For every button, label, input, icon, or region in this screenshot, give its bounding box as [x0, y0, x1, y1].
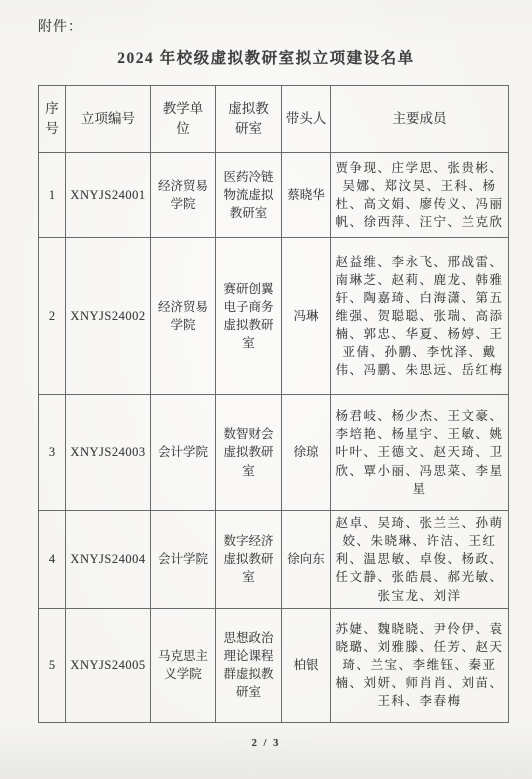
header-cell-code: 立项编号	[66, 86, 151, 153]
cell-members: 苏婕、魏晓晓、尹伶伊、袁晓璐、刘雅滕、任芳、赵天琦、兰宝、李维钰、秦亚楠、刘妍、…	[331, 608, 509, 722]
page-number: 2 / 3	[0, 738, 532, 749]
cell-no: 4	[39, 511, 66, 609]
cell-unit: 经济贸易学院	[151, 153, 216, 238]
cell-unit: 马克思主义学院	[151, 608, 216, 722]
table-row: 3XNYJS24003会计学院数智财会虚拟教研室徐琼杨君岐、杨少杰、王文豪、李培…	[39, 395, 509, 511]
cell-no: 2	[39, 238, 66, 395]
cell-code: XNYJS24004	[66, 511, 151, 609]
cell-leader: 徐向东	[282, 511, 331, 609]
cell-code: XNYJS24003	[66, 395, 151, 511]
cell-code: XNYJS24001	[66, 153, 151, 238]
cell-members: 赵卓、吴琦、张兰兰、孙萌姣、朱晓琳、许洁、王红利、温思敏、卓俊、杨政、任文静、张…	[331, 511, 509, 609]
table-row: 5XNYJS24005马克思主义学院思想政治理论课程群虚拟教研室柏银苏婕、魏晓晓…	[39, 608, 509, 722]
header-cell-unit: 教学单位	[151, 86, 216, 153]
cell-members: 贾争现、庄学思、张贵彬、吴娜、郑汶昊、王科、杨杜、高文娟、廖传义、冯丽帆、徐西萍…	[331, 153, 509, 238]
header-cell-room: 虚拟教研室	[216, 86, 282, 153]
cell-code: XNYJS24005	[66, 608, 151, 722]
cell-no: 3	[39, 395, 66, 511]
cell-members: 杨君岐、杨少杰、王文豪、李培艳、杨星宇、王敏、姚叶叶、王德文、赵天琦、卫欣、覃小…	[331, 395, 509, 511]
page-title: 2024 年校级虚拟教研室拟立项建设名单	[0, 46, 532, 68]
cell-leader: 蔡晓华	[282, 153, 331, 238]
attachment-label: 附件：	[38, 16, 83, 36]
cell-unit: 经济贸易学院	[151, 238, 216, 395]
header-cell-leader: 带头人	[282, 86, 331, 153]
table-body: 1XNYJS24001经济贸易学院医药冷链物流虚拟教研室蔡晓华贾争现、庄学思、张…	[39, 153, 509, 723]
cell-room: 数智财会虚拟教研室	[216, 395, 282, 511]
header-cell-no: 序号	[39, 86, 66, 153]
table-row: 1XNYJS24001经济贸易学院医药冷链物流虚拟教研室蔡晓华贾争现、庄学思、张…	[39, 153, 509, 238]
cell-members: 赵益维、李永飞、邢战雷、南琳芝、赵莉、鹿龙、韩雅轩、陶嘉琦、白海潇、第五维强、贺…	[331, 238, 509, 395]
scanned-document-page: { "colors": { "paper": "#f6f5f2", "ink":…	[0, 0, 532, 779]
cell-leader: 徐琼	[282, 395, 331, 511]
project-table: 序号 立项编号 教学单位 虚拟教研室 带头人 主要成员 1XNYJS24001经…	[38, 85, 509, 723]
cell-leader: 柏银	[282, 608, 331, 722]
table-row: 4XNYJS24004会计学院数字经济虚拟教研室徐向东赵卓、吴琦、张兰兰、孙萌姣…	[39, 511, 509, 609]
header-cell-members: 主要成员	[331, 86, 509, 153]
cell-room: 医药冷链物流虚拟教研室	[216, 153, 282, 238]
table-row: 2XNYJS24002经济贸易学院赛研创翼电子商务虚拟教研室冯琳赵益维、李永飞、…	[39, 238, 509, 395]
cell-no: 5	[39, 608, 66, 722]
cell-unit: 会计学院	[151, 511, 216, 609]
cell-leader: 冯琳	[282, 238, 331, 395]
cell-code: XNYJS24002	[66, 238, 151, 395]
cell-room: 思想政治理论课程群虚拟教研室	[216, 608, 282, 722]
table-header: 序号 立项编号 教学单位 虚拟教研室 带头人 主要成员	[39, 86, 509, 153]
cell-unit: 会计学院	[151, 395, 216, 511]
cell-no: 1	[39, 153, 66, 238]
cell-room: 赛研创翼电子商务虚拟教研室	[216, 238, 282, 395]
cell-room: 数字经济虚拟教研室	[216, 511, 282, 609]
